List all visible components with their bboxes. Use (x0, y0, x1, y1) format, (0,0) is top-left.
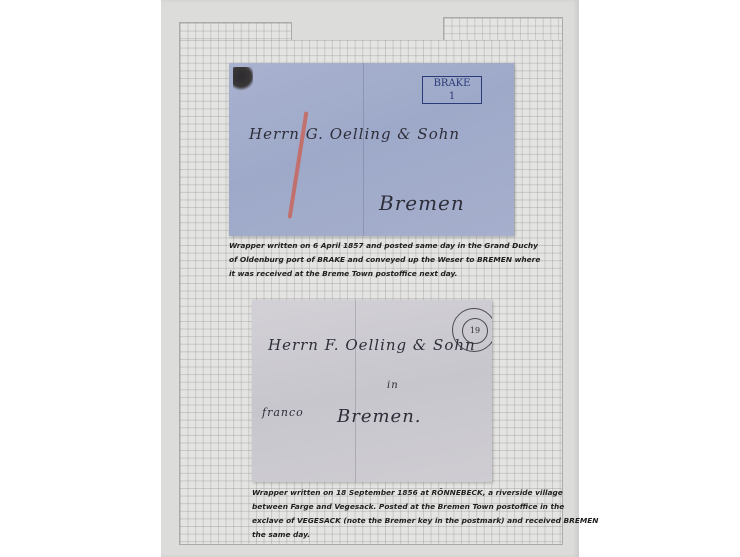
fold-line (363, 63, 364, 236)
fold-line (355, 300, 356, 482)
address-line-3: Bremen. (337, 406, 422, 427)
ink-stain (233, 67, 253, 91)
address-line-1: Herrn F. Oelling & Sohn (268, 336, 476, 354)
postmark-sub: 1 (423, 90, 481, 103)
brake-box-postmark: BRAKE 1 (422, 76, 482, 104)
caption-line: between Farge and Vegesack. Posted at th… (252, 500, 598, 514)
caption-line: of Oldenburg port of BRAKE and conveyed … (229, 253, 540, 267)
postmark-text: BRAKE (423, 77, 481, 90)
caption-line: exclave of VEGESACK (note the Bremer key… (252, 514, 598, 528)
cover-brake: BRAKE 1 Herrn G. Oelling & Sohn Bremen (229, 63, 514, 236)
caption-line: Wrapper written on 18 September 1856 at … (252, 486, 598, 500)
grid-top-right (443, 17, 563, 42)
franco-note: franco (262, 406, 304, 419)
album-page: BRAKE 1 Herrn G. Oelling & Sohn Bremen W… (161, 0, 579, 557)
address-line-2: in (387, 380, 399, 391)
cover-roennebeck: 19 Herrn F. Oelling & Sohn in Bremen. fr… (252, 300, 492, 482)
caption-brake: Wrapper written on 6 April 1857 and post… (229, 239, 540, 281)
caption-roennebeck: Wrapper written on 18 September 1856 at … (252, 486, 598, 542)
grid-top-left (179, 22, 292, 42)
caption-line: the same day. (252, 528, 598, 542)
address-line-2: Bremen (379, 191, 465, 215)
caption-line: it was received at the Breme Town postof… (229, 267, 540, 281)
caption-line: Wrapper written on 6 April 1857 and post… (229, 239, 540, 253)
address-line-1: Herrn G. Oelling & Sohn (249, 125, 460, 143)
